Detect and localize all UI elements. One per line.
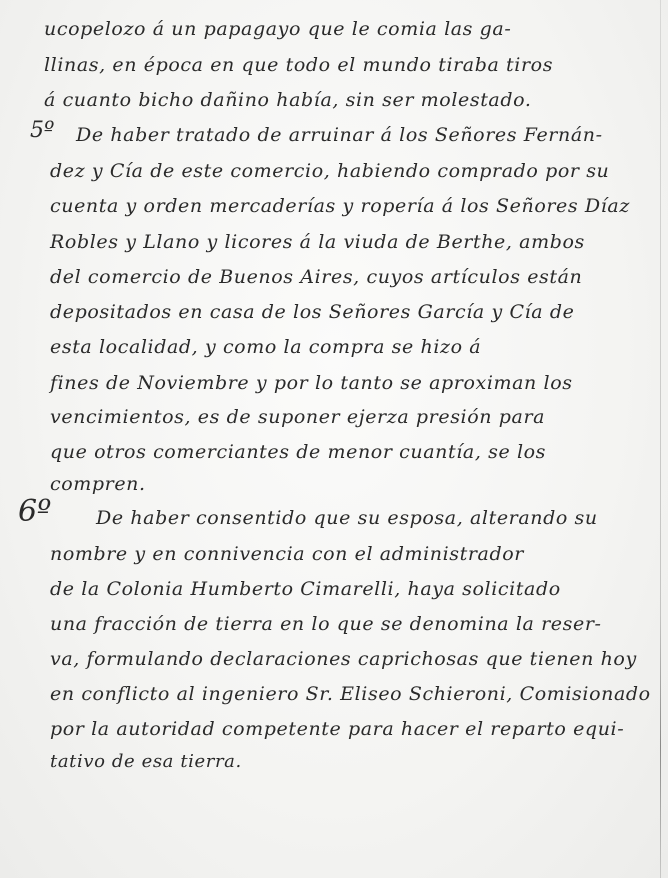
manuscript-line: De haber tratado de arruinar á los Señor… [76,124,603,146]
manuscript-line: dez y Cía de este comercio, habiendo com… [50,160,609,182]
manuscript-line: de la Colonia Humberto Cimarelli, haya s… [50,578,561,600]
manuscript-line: depositados en casa de los Señores Garcí… [50,301,574,323]
manuscript-line: De haber consentido que su esposa, alter… [96,507,598,529]
manuscript-line: nombre y en connivencia con el administr… [50,543,524,565]
manuscript-line: compren. [50,473,146,495]
item-number-5: 5º [30,118,54,143]
manuscript-line: llinas, en época en que todo el mundo ti… [44,54,553,76]
manuscript-line: por la autoridad competente para hacer e… [50,718,624,740]
manuscript-line: cuenta y orden mercaderías y ropería á l… [50,195,630,217]
manuscript-line: á cuanto bicho dañino había, sin ser mol… [44,89,531,111]
manuscript-line: que otros comerciantes de menor cuantía,… [50,441,546,463]
manuscript-line: tativo de esa tierra. [50,751,242,772]
manuscript-line: fines de Noviembre y por lo tanto se apr… [50,372,573,394]
item-number-6: 6º [18,494,51,529]
manuscript-line: esta localidad, y como la compra se hizo… [50,336,481,358]
manuscript-line: una fracción de tierra en lo que se deno… [50,613,602,635]
manuscript-line: del comercio de Buenos Aires, cuyos artí… [50,266,582,288]
manuscript-line: ucopelozo á un papagayo que le comia las… [44,18,511,40]
manuscript-line: en conflicto al ingeniero Sr. Eliseo Sch… [50,683,651,705]
manuscript-line: Robles y Llano y licores á la viuda de B… [50,231,585,253]
manuscript-page: ucopelozo á un papagayo que le comia las… [0,0,668,878]
manuscript-line: vencimientos, es de suponer ejerza presi… [50,406,545,428]
page-edge-line [660,0,661,878]
manuscript-line: va, formulando declaraciones caprichosas… [50,648,637,670]
